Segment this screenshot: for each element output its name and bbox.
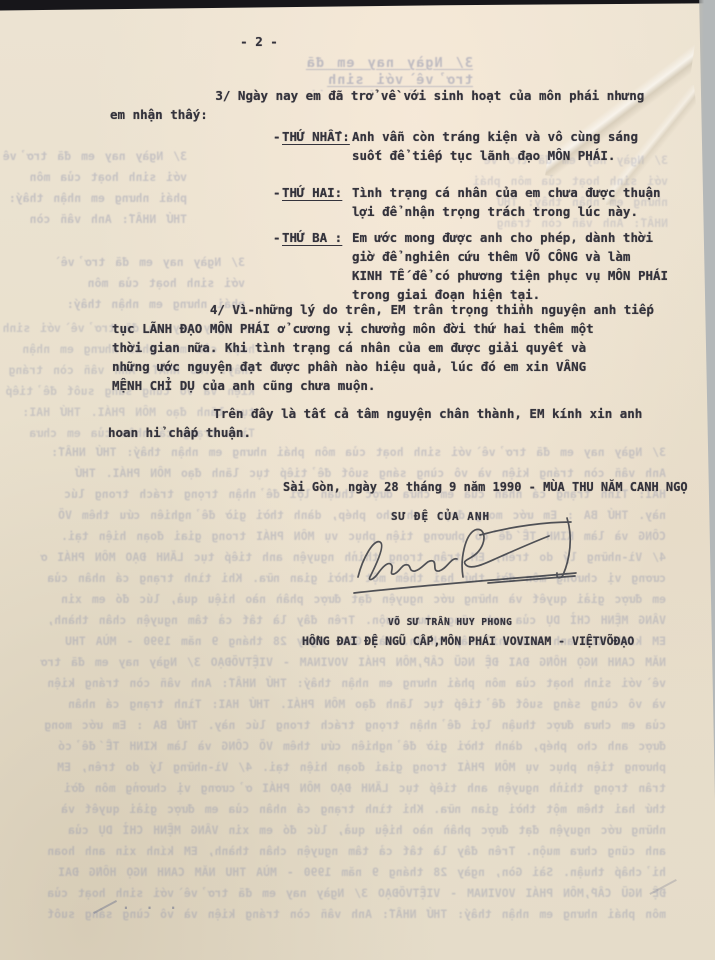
- signature-handwriting: [328, 513, 596, 609]
- page-number: - 2 -: [213, 32, 305, 51]
- signatory-name: VÕ SƯ TRẦN HUY PHONG: [388, 613, 512, 632]
- closing-paragraph: Trên đây là tất cả tâm nguyện chân thành…: [108, 404, 673, 442]
- pencil-dots-mark: . . .: [122, 898, 181, 913]
- date-line: Sài Gòn, ngày 28 tháng 9 năm 1990 - MÙA …: [283, 478, 688, 497]
- paragraph-4: 4/ Vì-những lý do trên, EM trân trọng th…: [112, 300, 677, 395]
- point-text: Anh vẫn còn tráng kiện và vô cùng sáng s…: [352, 127, 697, 165]
- point-label: THỨ HAI:: [282, 183, 342, 202]
- point-bullet: -: [273, 183, 281, 202]
- point-text: Em ước mong được anh cho phép, dành thời…: [352, 228, 697, 304]
- paragraph-3: 3/ Ngày nay em đã trở về với sinh hoạt c…: [110, 86, 670, 124]
- signatory-title: HỒNG ĐAI ĐỆ NGŨ CẤP,MÔN PHÁI VOVINAM - V…: [302, 632, 634, 651]
- scanned-letter-page: 3/ Ngày nay em đã trở về với sinh hoạt c…: [0, 0, 715, 960]
- point-label: THỨ NHẤT:: [282, 127, 350, 146]
- point-bullet: -: [273, 228, 281, 247]
- point-label: THỨ BA :: [282, 228, 342, 247]
- point-bullet: -: [273, 127, 281, 146]
- point-text: Tình trạng cá nhân của em chưa được thuậ…: [352, 183, 697, 221]
